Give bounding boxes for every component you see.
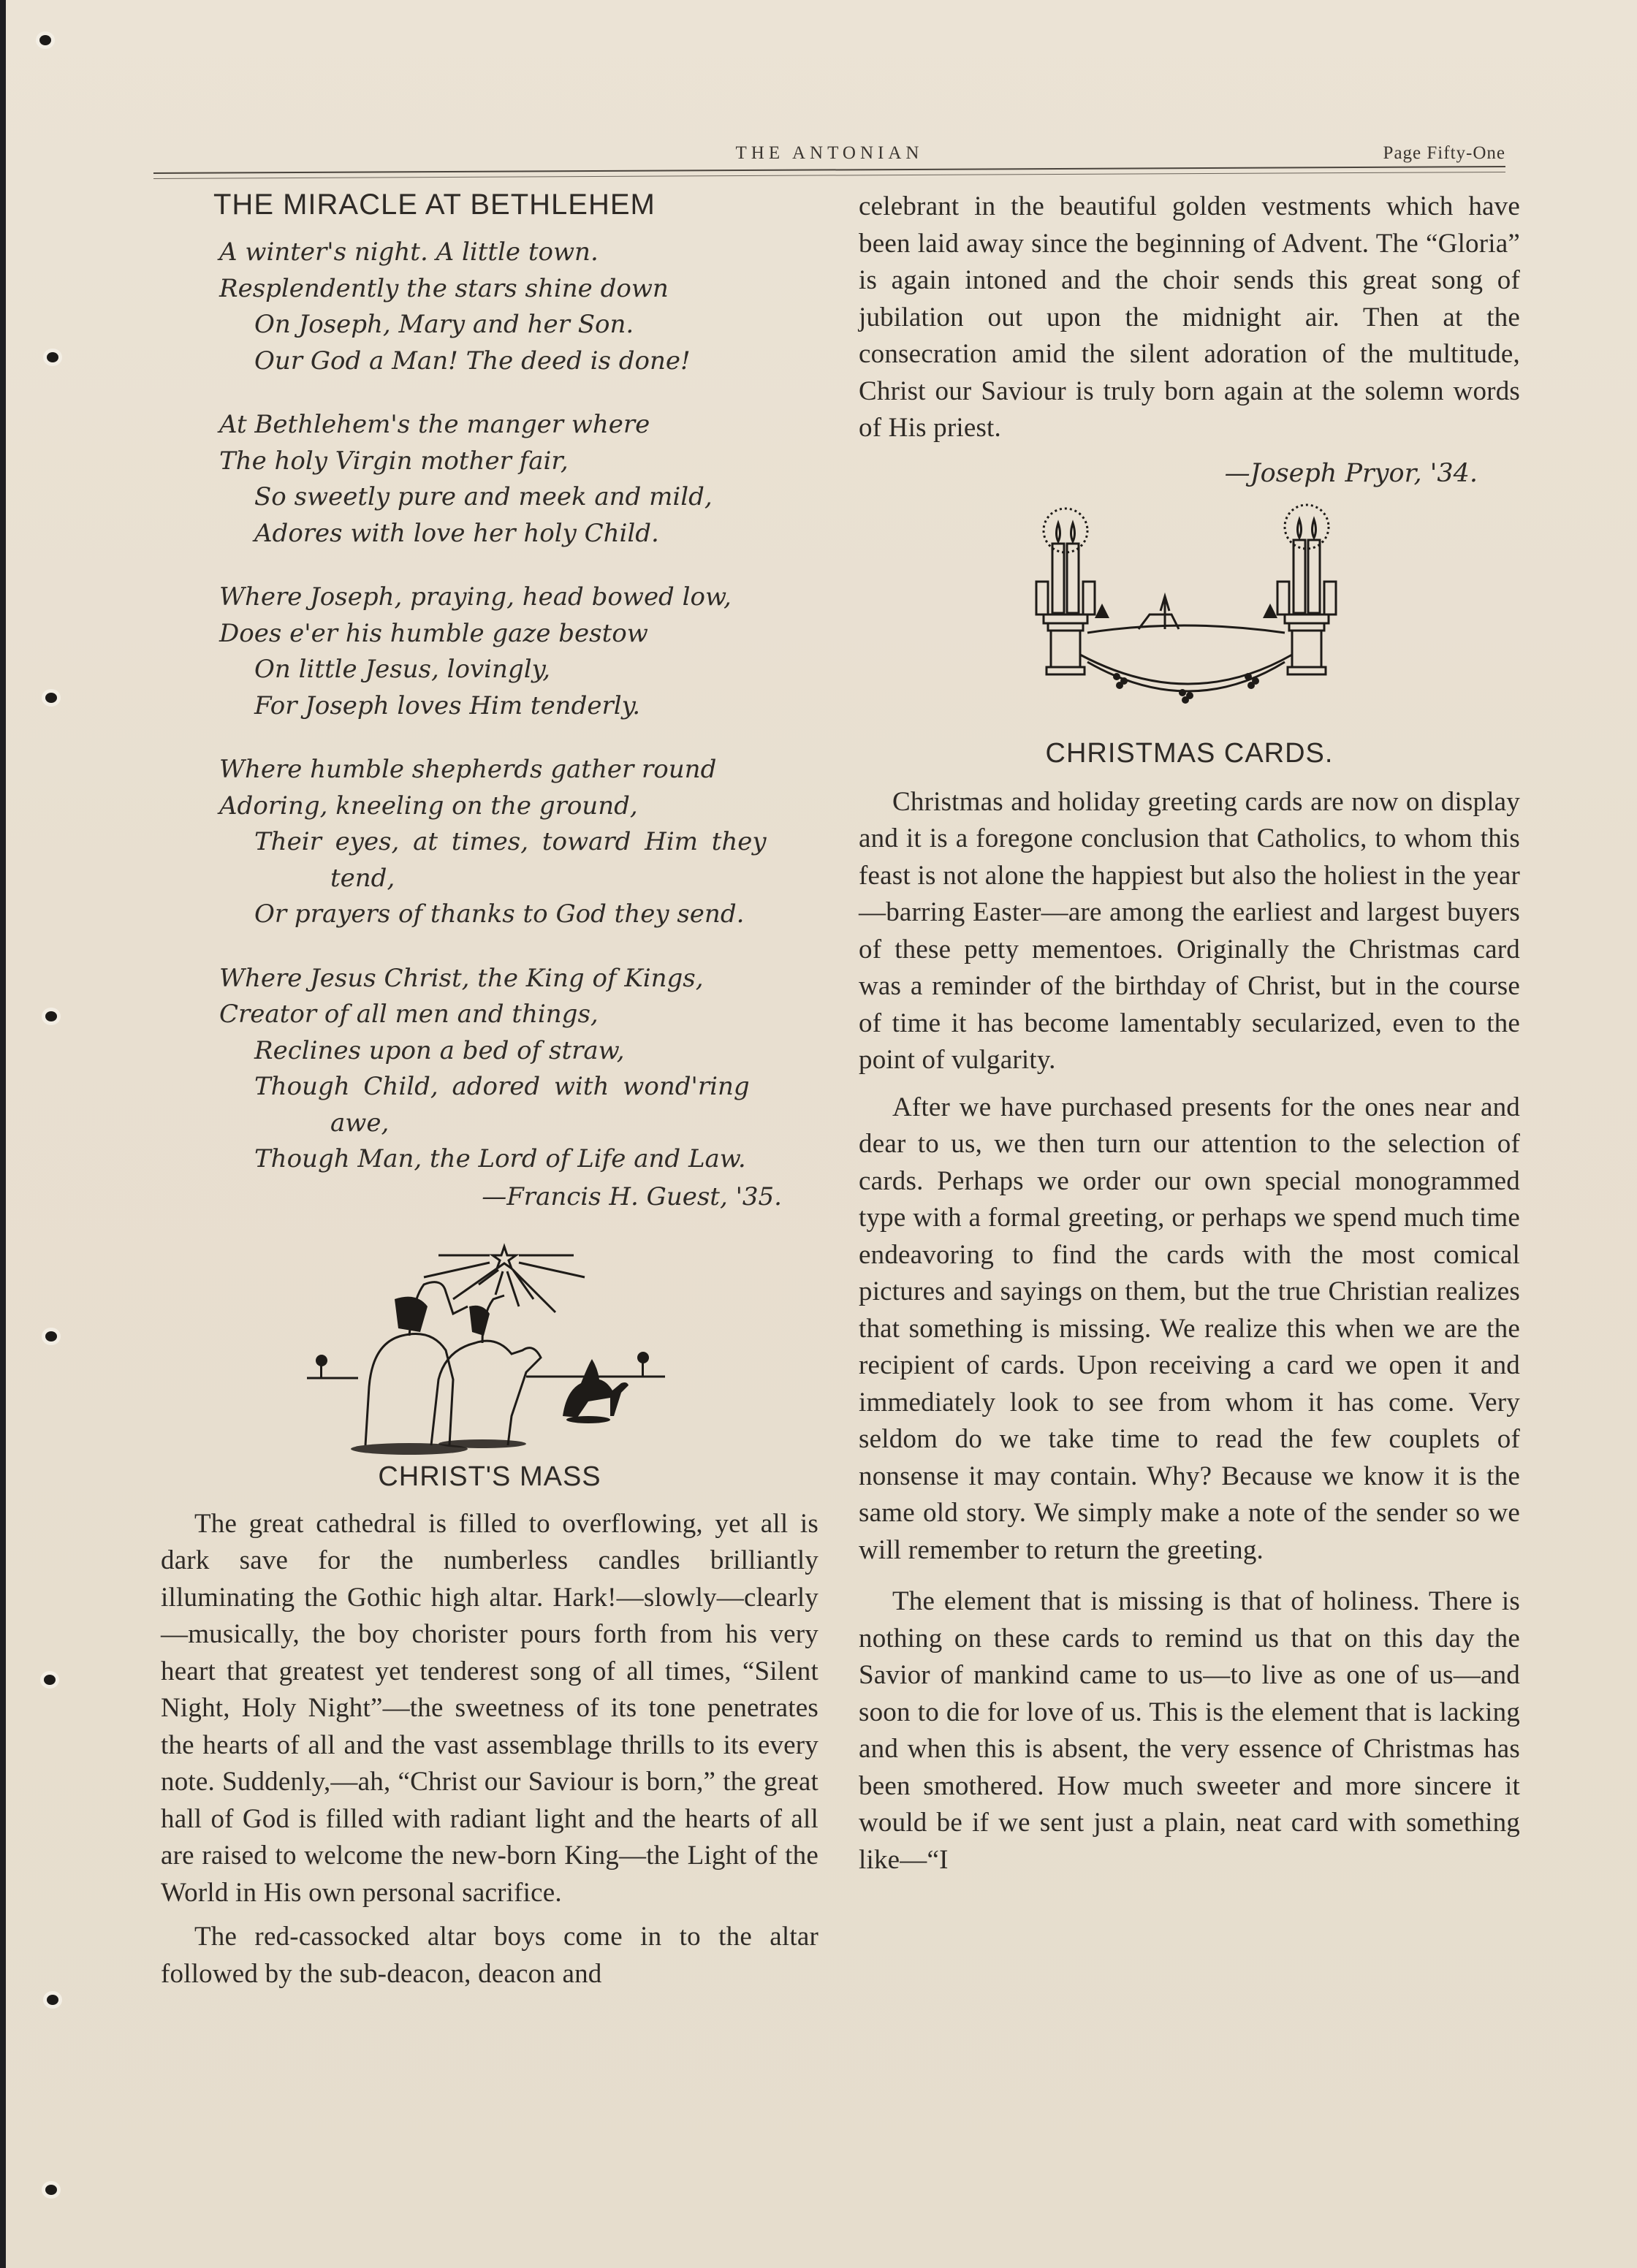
paragraph: The red-cassocked altar boys come in to …	[161, 1919, 818, 1993]
poem-title: THE MIRACLE AT BETHLEHEM	[213, 189, 818, 221]
poem-line: Where humble shepherds gather round	[219, 752, 818, 788]
poem-line: Our God a Man! The deed is done!	[219, 343, 818, 380]
christs-mass-byline: —Joseph Pryor, '34.	[859, 459, 1520, 488]
poem-line: At Bethlehem's the manger where	[219, 407, 818, 444]
poem-line: Does e'er his humble gaze bestow	[219, 616, 818, 652]
punch-hole	[45, 1331, 57, 1342]
poem-line: Their eyes, at times, toward Him they	[219, 824, 818, 861]
punch-hole	[45, 2185, 57, 2195]
punch-hole	[39, 35, 51, 45]
christmas-cards-title: CHRISTMAS CARDS.	[859, 738, 1520, 769]
poem-line: Resplendently the stars shine down	[219, 271, 818, 308]
poem-byline: —Francis H. Guest, '35.	[161, 1182, 818, 1211]
punch-hole	[45, 693, 57, 703]
wise-men-on-camels-icon	[300, 1226, 680, 1460]
poem-stanza: Where Jesus Christ, the King of Kings, C…	[219, 961, 818, 1178]
candelabra-holly-icon	[1022, 501, 1358, 720]
punch-hole	[44, 1675, 56, 1685]
poem-line: Creator of all men and things,	[219, 997, 818, 1033]
poem-line: Where Jesus Christ, the King of Kings,	[219, 961, 818, 997]
poem-stanza: Where Joseph, praying, head bowed low, D…	[219, 579, 818, 724]
journal-title: THE ANTONIAN	[153, 143, 1505, 164]
right-column: celebrant in the beautiful golden vestme…	[859, 189, 1520, 1879]
poem-line: Reclines upon a bed of straw,	[219, 1033, 818, 1070]
christs-mass-continued: celebrant in the beautiful golden vestme…	[859, 189, 1520, 447]
poem-line: The holy Virgin mother fair,	[219, 444, 818, 480]
wise-men-illustration	[300, 1226, 680, 1460]
paragraph: After we have purchased presents for the…	[859, 1089, 1520, 1569]
poem-line: Adoring, kneeling on the ground,	[219, 788, 818, 825]
poem-line: For Joseph loves Him tenderly.	[219, 688, 818, 725]
paragraph: The great cathedral is filled to overflo…	[161, 1506, 818, 1912]
poem-line: Though Man, the Lord of Life and Law.	[219, 1141, 818, 1178]
poem-line: On little Jesus, lovingly,	[219, 652, 818, 688]
page-number: Page Fifty-One	[1383, 143, 1505, 164]
poem-body: A winter's night. A little town. Resplen…	[219, 235, 818, 1178]
paragraph: The element that is missing is that of h…	[859, 1583, 1520, 1879]
poem-stanza: A winter's night. A little town. Resplen…	[219, 235, 818, 379]
left-column: THE MIRACLE AT BETHLEHEM A winter's nigh…	[161, 189, 818, 1993]
poem-stanza: At Bethlehem's the manger where The holy…	[219, 407, 818, 552]
christs-mass-body: The great cathedral is filled to overflo…	[161, 1506, 818, 1993]
punch-hole	[47, 1995, 58, 2005]
christs-mass-title: CHRIST'S MASS	[161, 1461, 818, 1493]
punch-hole	[47, 352, 58, 362]
paragraph: Christmas and holiday greeting cards are…	[859, 784, 1520, 1079]
poem-line: On Joseph, Mary and her Son.	[219, 307, 818, 343]
candles-illustration	[1022, 501, 1358, 720]
punch-hole	[45, 1011, 57, 1021]
poem-line: Or prayers of thanks to God they send.	[219, 897, 818, 933]
poem-line: awe,	[219, 1106, 818, 1142]
poem-line: So sweetly pure and meek and mild,	[219, 479, 818, 516]
christmas-cards-body: Christmas and holiday greeting cards are…	[859, 784, 1520, 1879]
poem-line: Adores with love her holy Child.	[219, 516, 818, 552]
poem-line: A winter's night. A little town.	[219, 235, 818, 271]
poem-line: Where Joseph, praying, head bowed low,	[219, 579, 818, 616]
poem-stanza: Where humble shepherds gather round Ador…	[219, 752, 818, 933]
binding-edge	[0, 0, 6, 2268]
paragraph: celebrant in the beautiful golden vestme…	[859, 189, 1520, 447]
poem-line: Though Child, adored with wond'ring	[219, 1069, 818, 1106]
poem-line: tend,	[219, 861, 818, 897]
